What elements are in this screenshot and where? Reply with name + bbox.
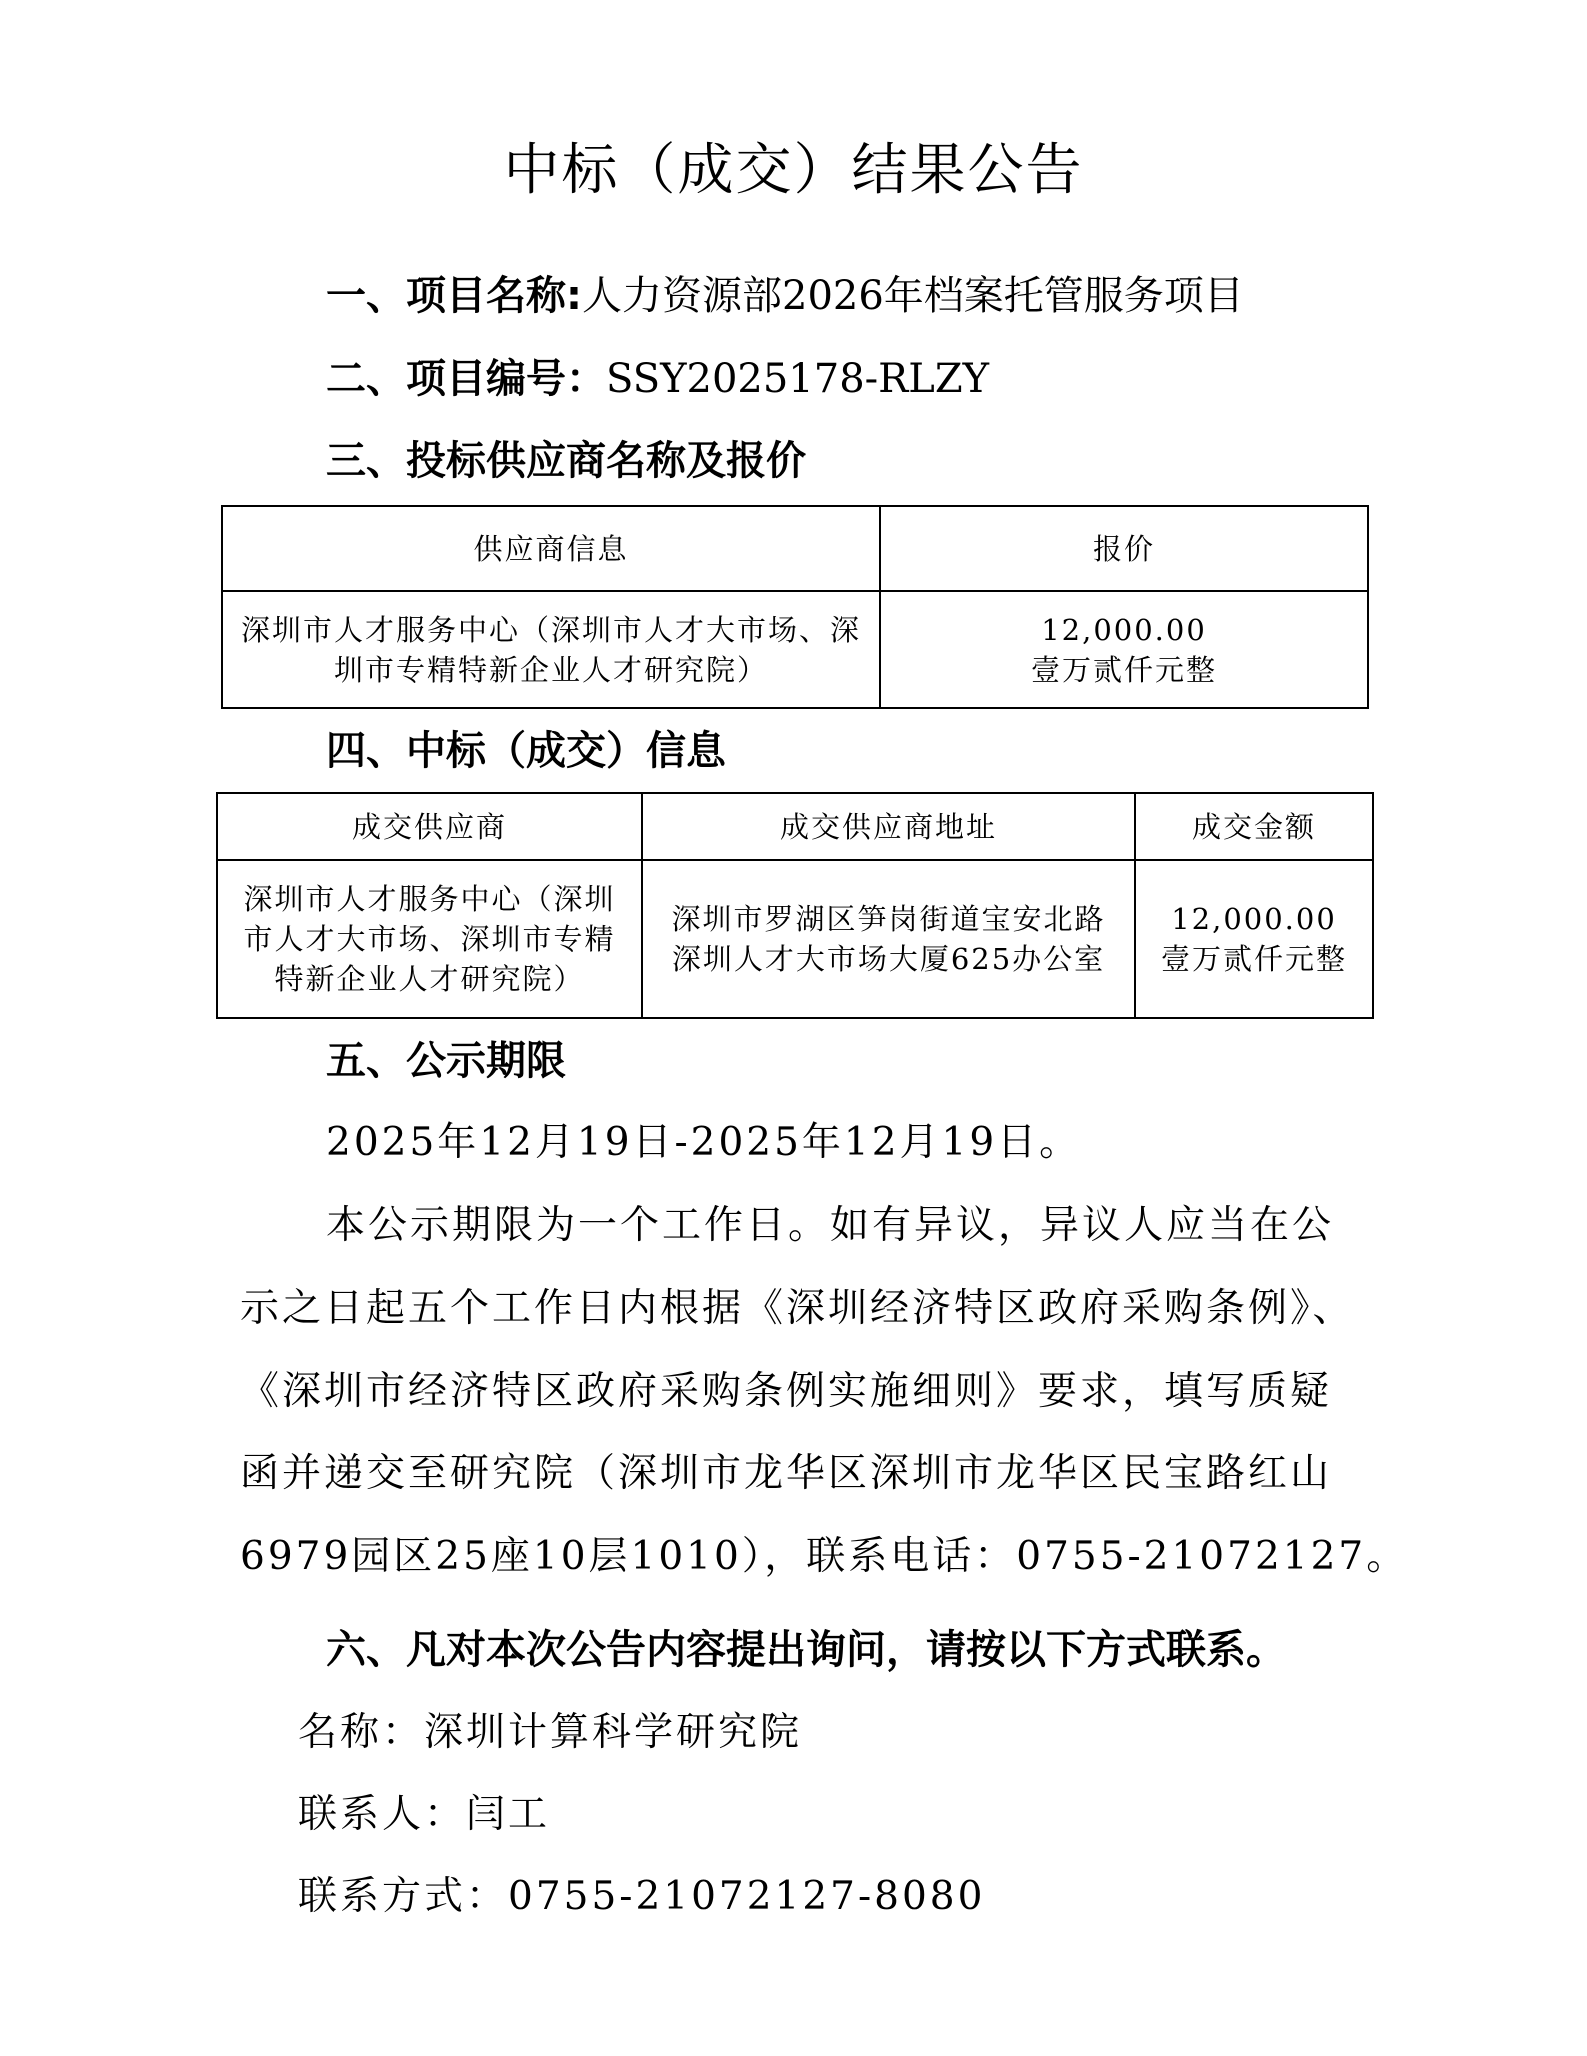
project-number-label: 二、项目编号： [326,356,606,402]
amount-cell: 12,000.00 壹万贰仟元整 [1135,860,1373,1018]
bidders-table: 供应商信息 报价 深圳市人才服务中心（深圳市人才大市场、深 圳市专精特新企业人才… [221,505,1369,709]
contact-person-line: 联系人：闫工 [298,1790,550,1840]
supplier-address-cell: 深圳市罗湖区笋岗街道宝安北路 深圳人才大市场大厦625办公室 [642,860,1135,1018]
contact-name-line: 名称：深圳计算科学研究院 [298,1708,802,1758]
header-winning-supplier: 成交供应商 [217,793,642,860]
header-price: 报价 [880,506,1368,591]
supplier-info-cell: 深圳市人才服务中心（深圳市人才大市场、深 圳市专精特新企业人才研究院） [222,591,880,708]
price-cell: 12,000.00 壹万贰仟元整 [880,591,1368,708]
header-amount: 成交金额 [1135,793,1373,860]
winning-supplier-cell: 深圳市人才服务中心（深圳 市人才大市场、深圳市专精 特新企业人才研究院） [217,860,642,1018]
publicity-period-heading: 五、公示期限 [326,1036,566,1086]
table-header-row: 成交供应商 成交供应商地址 成交金额 [217,793,1373,860]
award-table: 成交供应商 成交供应商地址 成交金额 深圳市人才服务中心（深圳 市人才大市场、深… [216,792,1374,1019]
contact-phone-line: 联系方式：0755-21072127-8080 [298,1872,985,1922]
contact-person-label: 联系人： [298,1792,466,1837]
paragraph-line: 本公示期限为一个工作日。如有异议，异议人应当在公 [326,1201,1334,1251]
contact-name-label: 名称： [298,1710,424,1755]
paragraph-line: 示之日起五个工作日内根据《深圳经济特区政府采购条例》、 [240,1284,1355,1334]
project-name-line: 一、项目名称:人力资源部2026年档案托管服务项目 [326,271,1244,321]
project-number-line: 二、项目编号：SSY2025178-RLZY [326,354,989,404]
contact-phone-value: 0755-21072127-8080 [508,1874,985,1919]
table-row: 深圳市人才服务中心（深圳 市人才大市场、深圳市专精 特新企业人才研究院） 深圳市… [217,860,1373,1018]
project-name-value: 人力资源部2026年档案托管服务项目 [582,273,1244,319]
project-number-value: SSY2025178-RLZY [606,356,989,402]
paragraph-line: 函并递交至研究院（深圳市龙华区深圳市龙华区民宝路红山 [240,1449,1332,1499]
publicity-period-dates: 2025年12月19日-2025年12月19日。 [326,1118,1081,1168]
paragraph-line: 《深圳市经济特区政府采购条例实施细则》要求，填写质疑 [240,1367,1332,1417]
award-info-heading: 四、中标（成交）信息 [326,726,726,776]
page-title: 中标（成交）结果公告 [0,136,1587,206]
paragraph-line: 6979园区25座10层1010），联系电话：0755-21072127。 [240,1532,1408,1582]
table-row: 深圳市人才服务中心（深圳市人才大市场、深 圳市专精特新企业人才研究院） 12,0… [222,591,1368,708]
contact-phone-label: 联系方式： [298,1874,508,1919]
bidders-heading: 三、投标供应商名称及报价 [326,436,806,486]
header-supplier-info: 供应商信息 [222,506,880,591]
header-supplier-address: 成交供应商地址 [642,793,1135,860]
contact-person-value: 闫工 [466,1792,550,1837]
table-header-row: 供应商信息 报价 [222,506,1368,591]
project-name-label: 一、项目名称: [326,273,582,319]
contact-name-value: 深圳计算科学研究院 [424,1710,802,1755]
inquiry-heading: 六、凡对本次公告内容提出询问，请按以下方式联系。 [326,1625,1286,1675]
